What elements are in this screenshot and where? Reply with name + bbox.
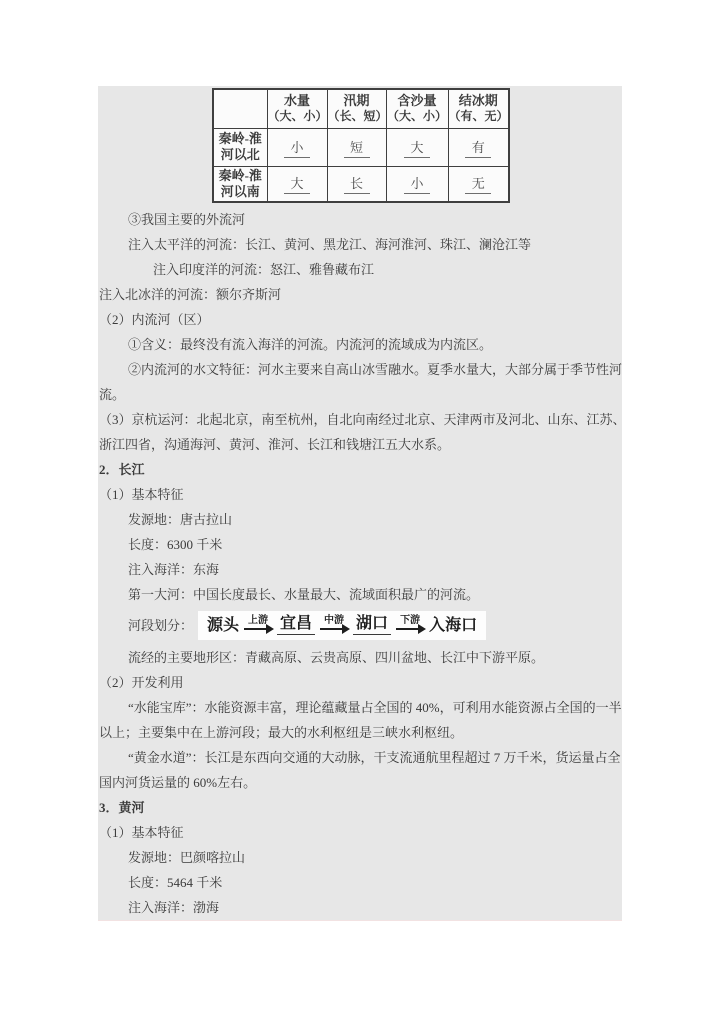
text-line: 流经的主要地形区：青藏高原、云贵高原、四川盆地、长江中下游平原。 (98, 645, 622, 670)
diagram-label: 河段划分： (128, 613, 193, 638)
answer-blank: 小 (284, 137, 310, 158)
right-arrow-icon (396, 628, 424, 630)
heading-yellow-river: 3．黄河 (98, 795, 622, 820)
text-line: 注入海洋：东海 (98, 557, 622, 582)
subheading-basic-features: （1）基本特征 (98, 820, 622, 845)
answer-blank: 无 (465, 173, 491, 194)
col-header-flood-season: 汛期 （长、短） (327, 89, 386, 128)
table-row: 秦岭-淮 河以南 大 长 小 无 (213, 166, 509, 202)
col-header-water-volume: 水量 （大、小） (267, 89, 327, 128)
text-line: 长度：6300 千米 (98, 532, 622, 557)
text-line: 以上；主要集中在上游河段；最大的水利枢纽是三峡水利枢纽。 (98, 720, 622, 745)
heading-yangtze-river: 2．长江 (98, 457, 622, 482)
col-header-ice-period: 结冰期 （有、无） (448, 89, 509, 128)
answer-blank: 小 (404, 173, 430, 194)
section-heading-grand-canal: （3）京杭运河：北起北京，南至杭州，自北向南经过北京、天津两市及河北、山东、江苏… (98, 407, 622, 432)
section-heading-inland-rivers: （2）内流河（区） (98, 307, 622, 332)
scanned-document: { "theme": { "canvas_bg": "#ffffff", "pa… (0, 0, 720, 1019)
right-arrow-icon (244, 628, 272, 630)
text-line: 国内河货运量的 60%左右。 (98, 770, 622, 795)
text-line: 浙江四省，沟通海河、黄河、淮河、长江和钱塘江五大水系。 (98, 432, 622, 457)
diagram-node-hukou: 湖口 (353, 615, 391, 635)
text-line: 第一大河：中国长度最长、水量最大、流域面积最广的河流。 (98, 582, 622, 607)
text-line: 注入北冰洋的河流：额尔齐斯河 (98, 282, 622, 307)
text-line: 注入印度洋的河流：怒江、雅鲁藏布江 (98, 257, 622, 282)
text-line: “黄金水道”：长江是东西向交通的大动脉，干支流通航里程超过 7 万千米，货运量占… (98, 745, 622, 770)
diagram-node-yichang: 宜昌 (277, 615, 315, 635)
row-header-north-of-qinling-huaihe: 秦岭-淮 河以北 (213, 128, 267, 166)
text-line: ①含义：最终没有流入海洋的河流。内流河的流域成为内流区。 (98, 332, 622, 357)
text-line: 注入太平洋的河流：长江、黄河、黑龙江、海河淮河、珠江、澜沧江等 (98, 232, 622, 257)
text-line: “水能宝库”：水能资源丰富，理论蕴藏量占全国的 40%，可利用水能资源占全国的一… (98, 695, 622, 720)
river-section-division-line: 河段划分： 源头 上游 宜昌 中游 湖口 下游 入海口 (98, 607, 622, 645)
answer-blank: 大 (284, 173, 310, 194)
table-corner-cell (213, 89, 267, 128)
text-line: 发源地：巴颜喀拉山 (98, 845, 622, 870)
answer-blank: 有 (465, 137, 491, 158)
text-line: 发源地：唐古拉山 (98, 507, 622, 532)
diagram-node-estuary: 入海口 (429, 617, 477, 635)
col-header-sediment: 含沙量 （大、小） (386, 89, 448, 128)
table-row: 秦岭-淮 河以北 小 短 大 有 (213, 128, 509, 166)
answer-blank: 短 (344, 137, 370, 158)
text-line: 长度：5464 千米 (98, 870, 622, 895)
subheading-basic-features: （1）基本特征 (98, 482, 622, 507)
row-header-south-of-qinling-huaihe: 秦岭-淮 河以南 (213, 166, 267, 202)
answer-blank: 大 (404, 137, 430, 158)
north-south-rivers-comparison-table: 水量 （大、小） 汛期 （长、短） 含沙量 （大、小） 结冰期 （有、无） 秦岭… (212, 88, 510, 203)
text-line: 注入海洋：渤海 (98, 895, 622, 920)
notes-body: ③我国主要的外流河 注入太平洋的河流：长江、黄河、黑龙江、海河淮河、珠江、澜沧江… (98, 207, 622, 920)
river-section-diagram: 源头 上游 宜昌 中游 湖口 下游 入海口 (198, 611, 486, 640)
text-line: ③我国主要的外流河 (98, 207, 622, 232)
right-arrow-icon (320, 628, 348, 630)
document-content-area: 水量 （大、小） 汛期 （长、短） 含沙量 （大、小） 结冰期 （有、无） 秦岭… (98, 86, 622, 921)
diagram-node-source: 源头 (207, 617, 239, 635)
answer-blank: 长 (344, 173, 370, 194)
text-line: ②内流河的水文特征：河水主要来自高山冰雪融水。夏季水量大，大部分属于季节性河 (98, 357, 622, 382)
text-line: 流。 (98, 382, 622, 407)
subheading-development-use: （2）开发利用 (98, 670, 622, 695)
